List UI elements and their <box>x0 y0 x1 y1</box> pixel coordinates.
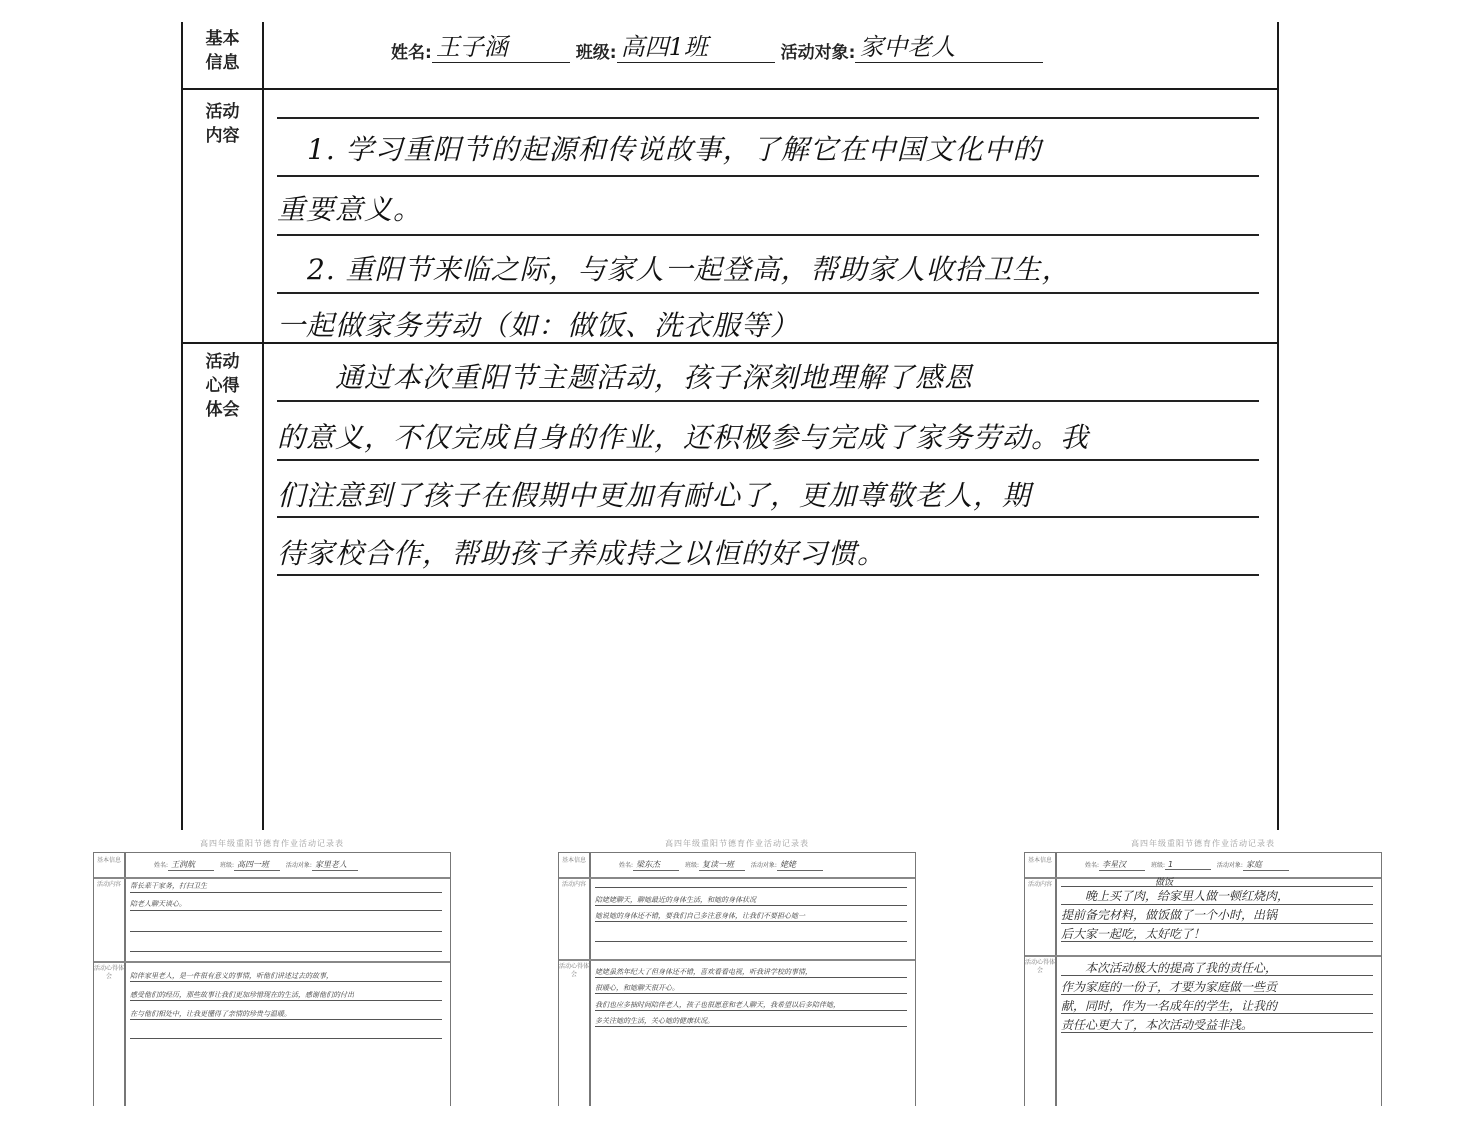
reflection-line: 多关注她的生活，关心她的健康状况。 <box>595 1016 907 1026</box>
target-field: 家庭 <box>1243 859 1289 871</box>
reflection-line: 我们也应多抽时间陪伴老人，孩子也很愿意和老人聊天，我希望以后多陪伴她， <box>595 1000 907 1010</box>
label-reflection: 活动心得体会 <box>559 963 589 979</box>
name-field: 李星汉 <box>1099 859 1145 871</box>
reflection-line: 在与他们相处中，让我更懂得了亲情的珍贵与温暖。 <box>130 1009 442 1019</box>
class-label: 班级: <box>576 38 617 63</box>
form-border-right <box>1277 22 1279 830</box>
content-line: 1. 学习重阳节的起源和传说故事，了解它在中国文化中的 <box>307 128 1259 168</box>
row-divider <box>94 961 450 963</box>
thumbnail-form-1[interactable]: 高四年级重阳节德育作业活动记录表 基本信息 活动内容 活动心得体会 姓名:王润航… <box>93 838 451 1106</box>
label-basic-info: 基本信息 <box>1025 857 1055 865</box>
row-divider <box>559 959 915 961</box>
ruled-line <box>595 1010 907 1011</box>
class-field: 1 <box>1165 860 1211 870</box>
target-label: 活动对象: <box>781 38 856 63</box>
ruled-line <box>130 1038 442 1039</box>
label-basic-info: 基本 信息 <box>183 27 262 75</box>
row-divider <box>94 877 450 879</box>
ruled-line <box>1061 941 1373 942</box>
thumbnail-frame: 基本信息 活动内容 活动心得体会 姓名:李星汉 班级:1 活动对象:家庭 做饭 … <box>1024 852 1382 1106</box>
reflection-line: 们注意到了孩子在假期中更加有耐心了，更加尊敬老人，期 <box>277 474 1259 514</box>
ruled-line <box>1061 904 1373 905</box>
label-activity-content: 活动内容 <box>94 881 124 889</box>
thumbnail-frame: 基本信息 活动内容 活动心得体会 姓名:王润航 班级:高四一班 活动对象:家里老… <box>93 852 451 1106</box>
content-line: 她说她的身体还不错，要我们自己多注意身体，让我们不要担心她一 <box>595 911 907 921</box>
name-label: 姓名: <box>391 38 432 63</box>
content-line: 一起做家务劳动（如：做饭、洗衣服等） <box>277 304 1259 344</box>
content-line: 2. 重阳节来临之际，与家人一起登高，帮助家人收拾卫生， <box>307 248 1259 288</box>
ruled-line <box>1061 1032 1373 1033</box>
reflection-line: 通过本次重阳节主题活动，孩子深刻地理解了感恩 <box>277 356 1259 396</box>
target-field: 姥姥 <box>777 859 823 871</box>
name-field: 梁东杰 <box>633 859 679 871</box>
reflection-line: 责任心更大了，本次活动受益非浅。 <box>1061 1016 1373 1033</box>
ruled-line <box>277 459 1259 461</box>
basic-info-line: 姓名: 王子涵 班级: 高四1班 活动对象: 家中老人 <box>391 34 1049 63</box>
column-divider <box>589 853 591 1106</box>
ruled-line <box>130 1000 442 1001</box>
basic-info-line: 姓名:李星汉 班级:1 活动对象:家庭 <box>1085 859 1293 871</box>
reflection-line: 姥姥虽然年纪大了但身体还不错，喜欢看看电视，听我讲学校的事情， <box>595 967 907 977</box>
ruled-line <box>130 951 442 952</box>
ruled-line <box>1061 1013 1373 1014</box>
ruled-line <box>1061 994 1373 995</box>
content-line: 陪老人聊天谈心。 <box>130 899 442 909</box>
column-divider <box>124 853 126 1106</box>
ruled-line <box>130 1019 442 1020</box>
ruled-line <box>277 574 1259 576</box>
class-field: 复读一班 <box>699 859 745 871</box>
reflection-line: 本次活动极大的提高了我的责任心， <box>1061 959 1373 976</box>
label-basic-info: 基本信息 <box>94 857 124 865</box>
label-reflection: 活动 心得 体会 <box>183 350 262 422</box>
form-column-divider <box>262 22 264 830</box>
basic-info-line: 姓名:王润航 班级:高四一班 活动对象:家里老人 <box>154 859 362 871</box>
target-field[interactable]: 家中老人 <box>855 34 1043 63</box>
ruled-line <box>130 892 442 893</box>
ruled-line <box>595 905 907 906</box>
content-line: 重要意义。 <box>277 188 1259 228</box>
reflection-line: 陪伴家里老人，是一件很有意义的事情，听他们讲述过去的故事， <box>130 971 442 981</box>
thumbnail-form-3[interactable]: 高四年级重阳节德育作业活动记录表 基本信息 活动内容 活动心得体会 姓名:李星汉… <box>1024 838 1382 1106</box>
ruled-line <box>595 941 907 942</box>
reflection-line: 的意义，不仅完成自身的作业，还积极参与完成了家务劳动。我 <box>277 416 1259 456</box>
content-line: 晚上买了肉，给家里人做一顿红烧肉， <box>1061 887 1373 904</box>
content-line: 陪姥姥聊天，聊她最近的身体生活，和她的身体状况 <box>595 895 907 905</box>
label-reflection: 活动心得体会 <box>94 965 124 981</box>
ruled-line <box>277 292 1259 294</box>
ruled-line <box>130 981 442 982</box>
name-field: 王润航 <box>168 859 214 871</box>
ruled-line <box>595 977 907 978</box>
ruled-line <box>277 234 1259 236</box>
row-divider <box>1025 955 1381 957</box>
ruled-line <box>595 887 907 888</box>
ruled-line <box>277 175 1259 177</box>
name-field[interactable]: 王子涵 <box>432 34 570 63</box>
thumbnail-title: 高四年级重阳节德育作业活动记录表 <box>598 838 876 848</box>
ruled-line <box>277 400 1259 402</box>
label-activity-content: 活动 内容 <box>183 100 262 148</box>
label-activity-content: 活动内容 <box>1025 881 1055 889</box>
reflection-line: 待家校合作，帮助孩子养成持之以恒的好习惯。 <box>277 532 1259 572</box>
thumbnail-title: 高四年级重阳节德育作业活动记录表 <box>133 838 411 848</box>
ruled-line <box>130 931 442 932</box>
activity-record-form: 基本 信息 姓名: 王子涵 班级: 高四1班 活动对象: 家中老人 活动 内容 … <box>181 22 1279 830</box>
content-line: 帮长辈干家务，打扫卫生 <box>130 881 442 891</box>
content-line: 后大家一起吃，太好吃了！ <box>1061 925 1373 942</box>
reflection-line: 很暖心，和她聊天很开心。 <box>595 983 907 993</box>
label-activity-content: 活动内容 <box>559 881 589 889</box>
thumbnail-frame: 基本信息 活动内容 活动心得体会 姓名:梁东杰 班级:复读一班 活动对象:姥姥 … <box>558 852 916 1106</box>
label-basic-info: 基本信息 <box>559 857 589 865</box>
ruled-line <box>130 910 442 911</box>
ruled-line <box>595 921 907 922</box>
basic-info-line: 姓名:梁东杰 班级:复读一班 活动对象:姥姥 <box>619 859 827 871</box>
content-line: 提前备完材料，做饭做了一个小时，出锅 <box>1061 906 1373 923</box>
reflection-area[interactable]: 通过本次重阳节主题活动，孩子深刻地理解了感恩 的意义，不仅完成自身的作业，还积极… <box>277 344 1259 830</box>
ruled-line <box>277 516 1259 518</box>
class-field[interactable]: 高四1班 <box>617 34 775 63</box>
reflection-line: 感受他们的经历，那些故事让我们更加珍惜现在的生活，感谢他们的付出 <box>130 990 442 1000</box>
row-divider <box>559 877 915 879</box>
ruled-line <box>277 117 1259 119</box>
ruled-line <box>1061 975 1373 976</box>
reflection-line: 作为家庭的一份子，才要为家庭做一些贡 <box>1061 978 1373 995</box>
label-reflection: 活动心得体会 <box>1025 959 1055 975</box>
activity-content-area[interactable]: 1. 学习重阳节的起源和传说故事，了解它在中国文化中的 重要意义。 2. 重阳节… <box>277 88 1259 342</box>
target-field: 家里老人 <box>312 859 358 871</box>
ruled-line <box>1061 923 1373 924</box>
reflection-line: 献，同时，作为一名成年的学生，让我的 <box>1061 997 1373 1014</box>
thumbnail-form-2[interactable]: 高四年级重阳节德育作业活动记录表 基本信息 活动内容 活动心得体会 姓名:梁东杰… <box>558 838 916 1106</box>
thumbnail-title: 高四年级重阳节德育作业活动记录表 <box>1064 838 1342 848</box>
column-divider <box>1055 853 1057 1106</box>
class-field: 高四一班 <box>234 859 280 871</box>
ruled-line <box>595 1026 907 1027</box>
ruled-line <box>595 993 907 994</box>
